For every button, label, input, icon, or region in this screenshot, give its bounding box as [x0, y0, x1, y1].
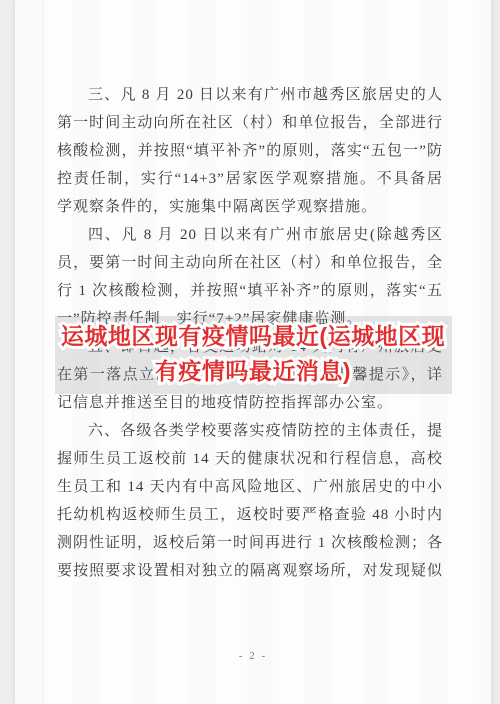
page-number: - 2 -: [15, 650, 491, 662]
document-line: 学观察条件的，实施集中隔离医学观察措施。: [57, 193, 443, 221]
document-line: 生员工和 14 天内有中高风险地区、广州旅居史的中小学校、: [57, 473, 443, 501]
overlay-title-line: 有疫情吗最近消息)有疫情吗最近消息): [15, 354, 491, 389]
document-line: 六、各级各类学校要落实疫情防控的主体责任，提前掌: [57, 417, 443, 445]
overlay-title-text: 有疫情吗最近消息): [155, 358, 351, 384]
document-line: 员，要第一时间主动向所在社区（村）和单位报告，全部进: [57, 249, 443, 277]
document-line: 核酸检测，并按照“填平补齐”的原则，落实“五包一”防: [57, 137, 443, 165]
document-line: 托幼机构返校师生员工，返校时要严格查验 48 小时内核酸检: [57, 501, 443, 529]
document-line: 控责任制，实行“14+3”居家医学观察措施。不具备居家医: [57, 165, 443, 193]
document-line: 四、凡 8 月 20 日以来有广州市旅居史(除越秀区外)的人: [57, 221, 443, 249]
screenshot-root: { "window": { "background_color": "#eded…: [0, 0, 500, 704]
overlay-article-title: 运城地区现有疫情吗最近(运城地区现运城地区现有疫情吗最近(运城地区现有疫情吗最近…: [15, 319, 491, 389]
document-line: 行 1 次核酸检测，并按照“填平补齐”的原则，落实“五包: [57, 277, 443, 305]
document-page: 三、凡 8 月 20 日以来有广州市越秀区旅居史的人员，要第一时间主动向所在社区…: [15, 0, 491, 704]
document-line: 测阴性证明，返校后第一时间再进行 1 次核酸检测；各学校: [57, 529, 443, 557]
overlay-title-line: 运城地区现有疫情吗最近(运城地区现运城地区现有疫情吗最近(运城地区现: [15, 319, 491, 354]
document-line: 第一时间主动向所在社区（村）和单位报告，全部进行 1 次: [57, 109, 443, 137]
overlay-title-text: 运城地区现有疫情吗最近(运城地区现: [61, 323, 445, 349]
document-line: 握师生员工返校前 14 天的健康状况和行程信息，高校返校师: [57, 445, 443, 473]
document-line: 要按照要求设置相对独立的隔离观察场所，对发现疑似状况: [57, 557, 443, 585]
document-line: 三、凡 8 月 20 日以来有广州市越秀区旅居史的人员，要: [57, 81, 443, 109]
